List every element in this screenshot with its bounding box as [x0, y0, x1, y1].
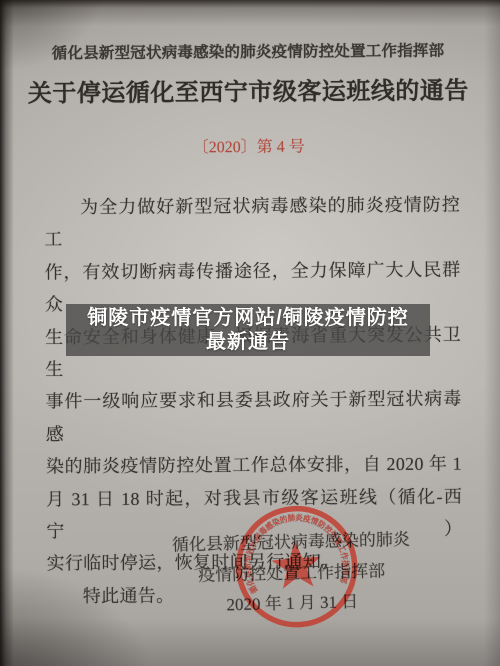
body-line: 为全力做好新型冠状病毒感染的肺炎疫情防控工 — [44, 189, 460, 257]
notice-title: 关于停运循化至西宁市级客运班线的通告 — [0, 70, 498, 108]
star-icon — [270, 539, 323, 590]
document-photo: 循化县新型冠状病毒感染的肺炎疫情防控处置工作指挥部 关于停运循化至西宁市级客运班… — [0, 0, 500, 666]
watermark-banner: 铜陵市疫情官方网站/铜陵疫情防控 最新通告 — [66, 304, 430, 356]
official-seal: 循化县新型冠状病毒感染的肺炎疫情防控处置工作指挥部 — [227, 497, 367, 637]
watermark-line1: 铜陵市疫情官方网站/铜陵疫情防控 — [87, 306, 409, 330]
issuer-header: 循化县新型冠状病毒感染的肺炎疫情防控处置工作指挥部 — [0, 38, 498, 63]
doc-number: 〔2020〕第 4 号 — [0, 132, 499, 158]
watermark-line2: 最新通告 — [206, 330, 290, 354]
body-line: 事件一级响应要求和县委县政府关于新型冠状病毒感 — [45, 383, 461, 451]
body-line: 染的肺炎疫情防控处置工作总体安排，自 2020 年 1 — [46, 448, 462, 483]
